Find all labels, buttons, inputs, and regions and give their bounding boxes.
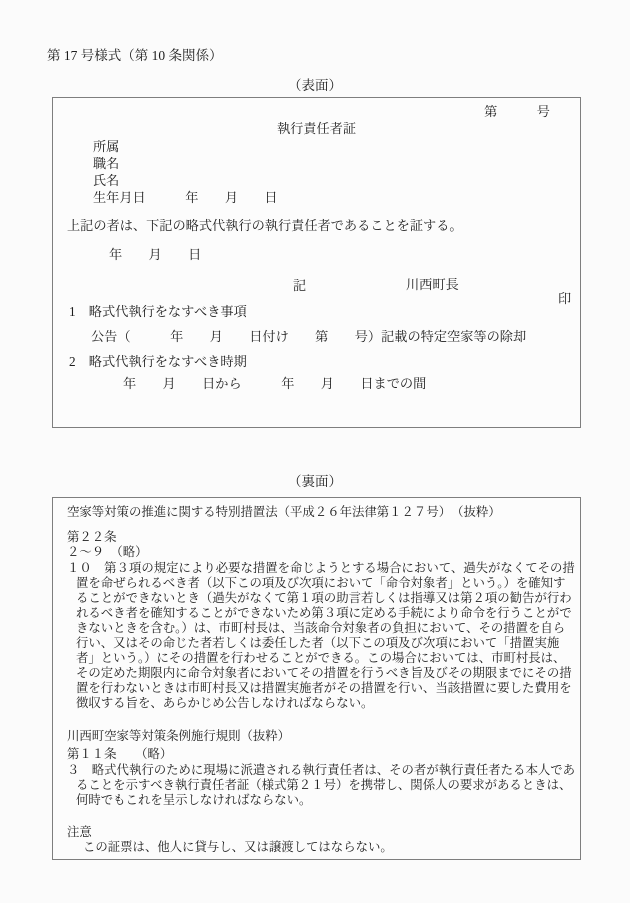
front-side-label: （表面） (0, 74, 630, 94)
item2-detail: 年 月 日から 年 月 日までの間 (53, 377, 580, 391)
certificate-title: 執行責任者証 (53, 122, 580, 136)
notice-title: 注意 (53, 825, 580, 839)
form-number-label: 第 17 号様式（第 10 条関係） (47, 44, 223, 64)
item10-line: その定めた期限内に命令対象者においてその措置を行うべき旨及びその期限までにその措 (53, 666, 580, 680)
front-certificate-box: 第 号 執行責任者証 所属 職名 氏名 生年月日 年 月 日 上記の者は、下記の… (52, 97, 581, 428)
item10-line: きないときを含む。）は、市町村長は、当該命令対象者の負担において、その措置を自ら (53, 621, 580, 635)
item10-line: １０ 第３項の規定により必要な措置を命じようとする場合において、過失がなくてその… (53, 561, 580, 575)
item3-line: ることを示すべき執行責任者証（様式第２１号）を携帯し、関係人の要求があるときは、 (53, 778, 580, 792)
item10-line: 置を行わないときは市町村長又は措置実施者がその措置を行い、当該措置に要した費用を (53, 681, 580, 695)
name-field-label: 氏名 (53, 174, 580, 188)
item1-heading: 1 略式代執行をなすべき事項 (53, 305, 580, 319)
article-11-heading: 第１１条 （略） (53, 747, 580, 761)
document-page: { "meta": { "form_label": "第 17 号様式（第 10… (0, 0, 630, 903)
issue-date-line: 年 月 日 (53, 248, 580, 262)
notice-body: この証票は、他人に貸与し、又は譲渡してはならない。 (53, 840, 580, 854)
article-22-heading: 第２２条 (53, 530, 580, 544)
birthdate-field-label: 生年月日 年 月 日 (53, 191, 580, 205)
back-excerpt-box: 空家等対策の推進に関する特別措置法（平成２６年法律第１２７号） （抜粋） 第２２… (52, 497, 581, 860)
affiliation-field-label: 所属 (53, 140, 580, 154)
item10-line: ることができないとき（過失がなくて第１項の助言若しくは指導又は第２項の勧告が行わ (53, 591, 580, 605)
certification-sentence: 上記の者は、下記の略式代執行の執行責任者であることを証する。 (53, 219, 580, 233)
job-title-field-label: 職名 (53, 157, 580, 171)
items-2-9-abbrev: ２～９ （略） (53, 545, 580, 559)
item3-line: ３ 略式代執行のために現場に派遣される執行責任者は、その者が執行責任者たる本人で… (53, 763, 580, 777)
item10-line: 徴収する旨を、あらかじめ公告しなければならない。 (53, 696, 580, 710)
item1-detail: 公告（ 年 月 日付け 第 号）記載の特定空家等の除却 (53, 330, 580, 344)
rule-title: 川西町空家等対策条例施行規則（抜粋） (53, 729, 580, 743)
ki-marker: 記 (53, 279, 580, 293)
seal-mark: 印 (558, 292, 571, 306)
item10-line: 行い、又はその命じた者若しくは委任した者（以下この項及び次項において「措置実施 (53, 636, 580, 650)
item10-line: 者」という。）にその措置を行わせることができる。この場合においては、市町村長は、 (53, 651, 580, 665)
item2-heading: 2 略式代執行をなすべき時期 (53, 355, 580, 369)
law-title: 空家等対策の推進に関する特別措置法（平成２６年法律第１２７号） （抜粋） (53, 505, 580, 519)
item3-line: 何時でもこれを呈示しなければならない。 (53, 793, 580, 807)
item10-line: れるべき者を確知することができないため第３項に定める手続により命令を行うことがで (53, 606, 580, 620)
doc-number: 第 号 (53, 105, 580, 119)
item10-line: 置を命ぜられるべき者（以下この項及び次項において「命令対象者」という。）を確知す (53, 576, 580, 590)
back-side-label: （裏面） (0, 470, 630, 490)
